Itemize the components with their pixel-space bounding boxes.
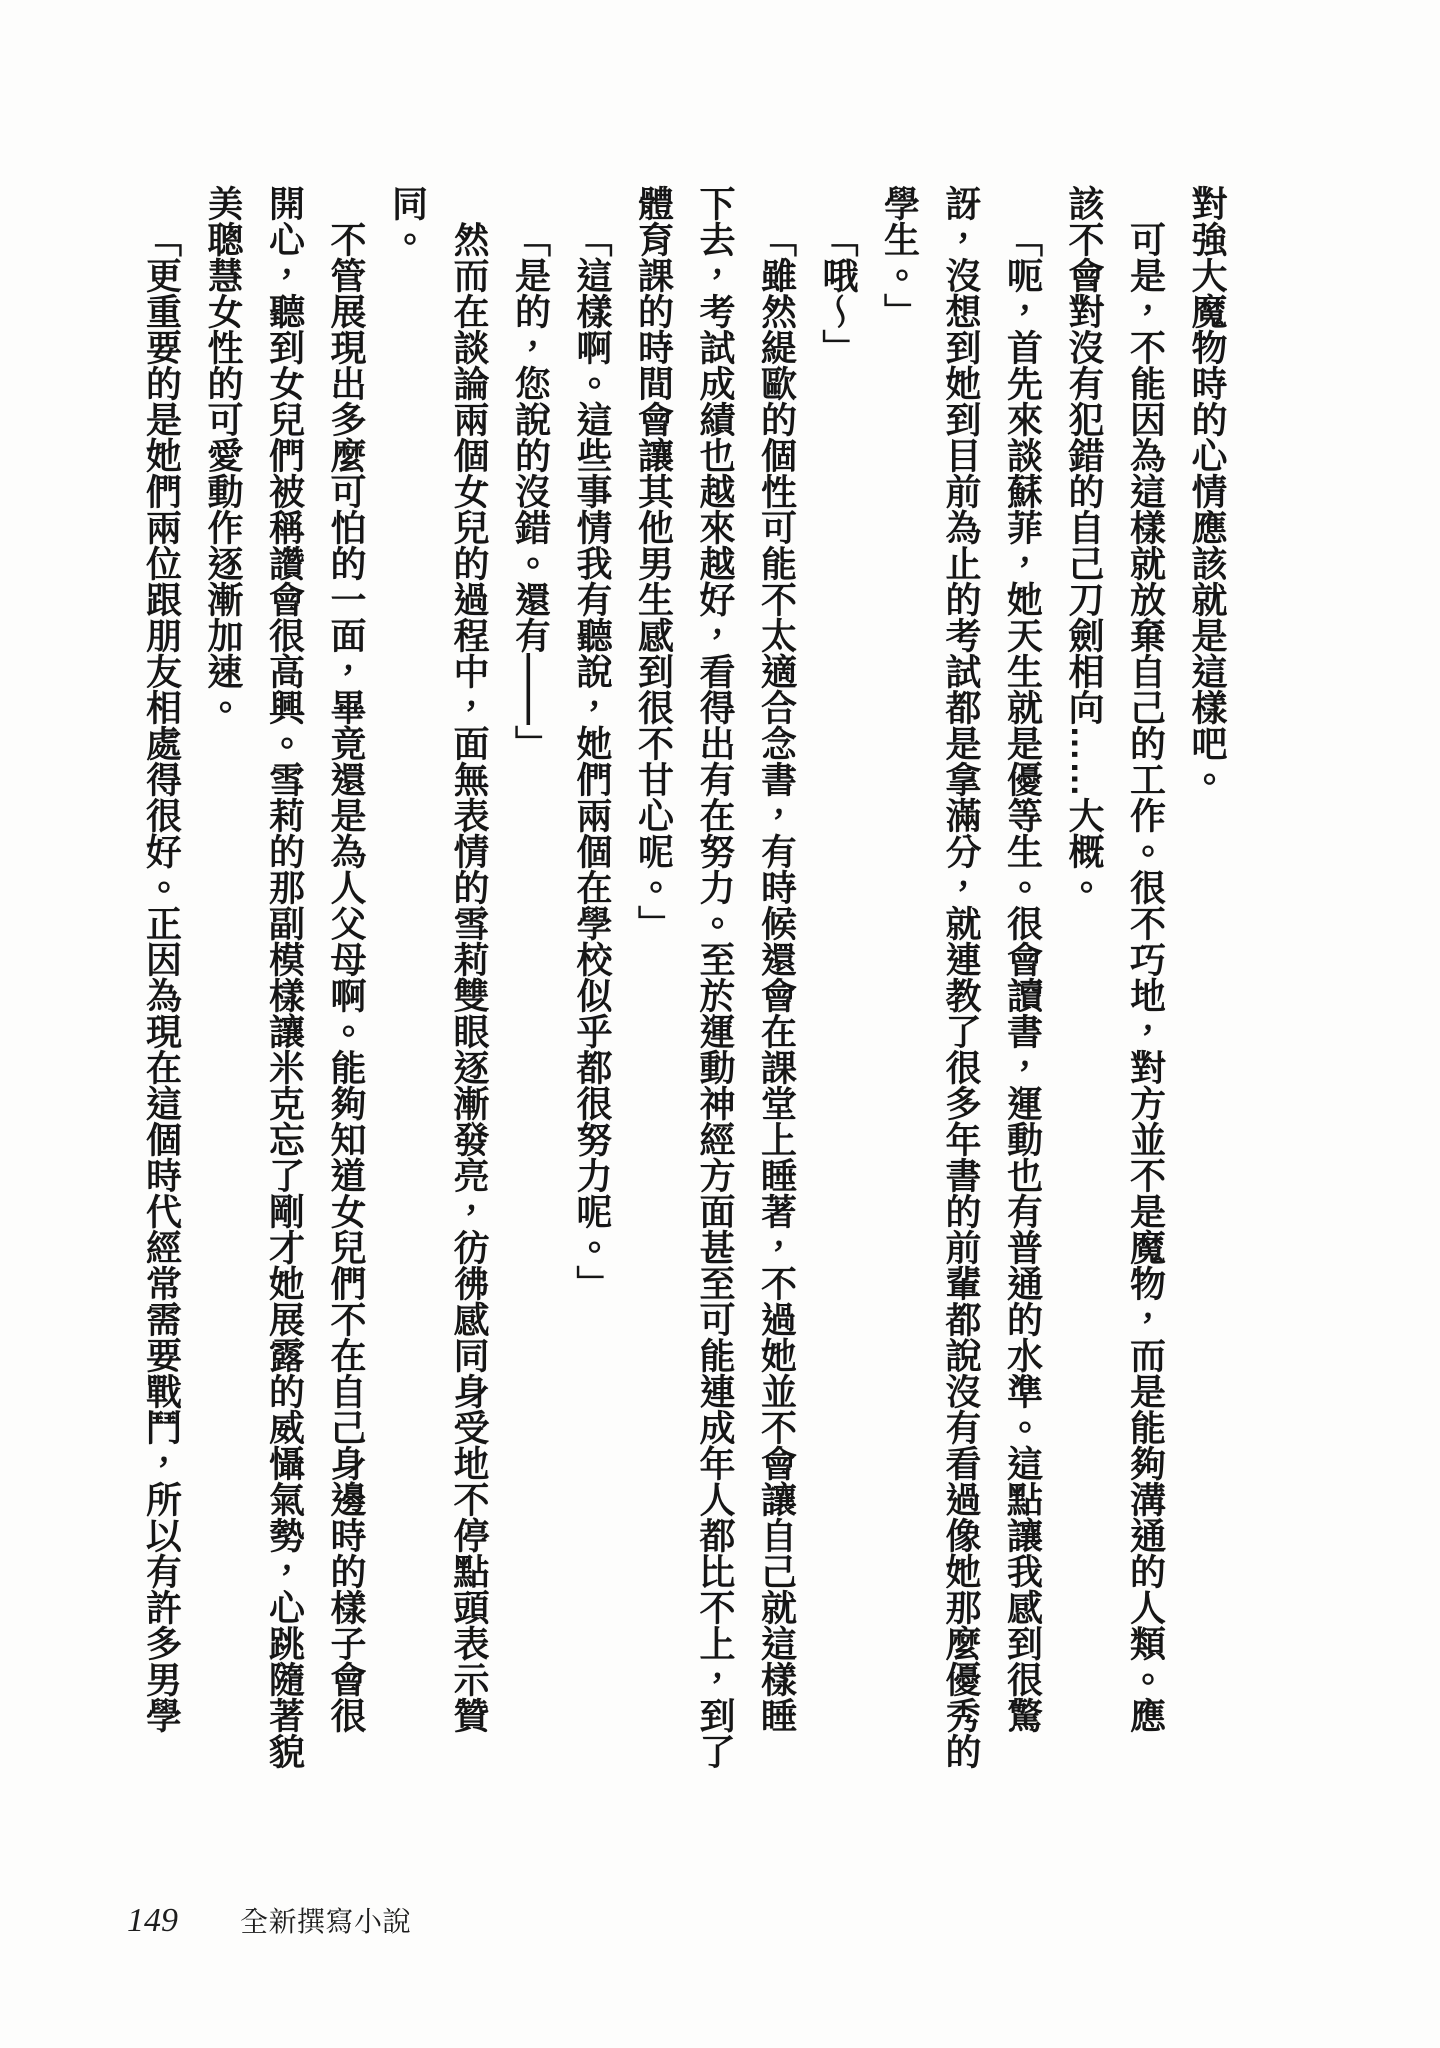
text-column-18: 「更重要的是她們兩位跟朋友相處得很好。正因為現在這個時代經常需要戰鬥，所以有許多… bbox=[131, 185, 193, 1777]
book-page: 對強大魔物時的心情應該就是這樣吧。可是，不能因為這樣就放棄自己的工作。很不巧地，… bbox=[0, 0, 1440, 2048]
text-column-10: 體育課的時間會讓其他男生感到很不甘心呢。」 bbox=[623, 185, 685, 1777]
text-column-1: 對強大魔物時的心情應該就是這樣吧。 bbox=[1177, 185, 1239, 1777]
text-column-17: 美聰慧女性的可愛動作逐漸加速。 bbox=[193, 185, 255, 1777]
page-number: 149 bbox=[127, 1902, 178, 1940]
text-column-3: 該不會對沒有犯錯的自己刀劍相向……大概。 bbox=[1054, 185, 1116, 1777]
text-column-16: 開心，聽到女兒們被稱讚會很高興。雪莉的那副模樣讓米克忘了剛才她展露的威懾氣勢，心… bbox=[254, 185, 316, 1777]
text-column-4: 「呃，首先來談蘇菲，她天生就是優等生。很會讀書，運動也有普通的水準。這點讓我感到… bbox=[992, 185, 1054, 1777]
text-column-13: 然而在談論兩個女兒的過程中，面無表情的雪莉雙眼逐漸發亮，彷彿感同身受地不停點頭表… bbox=[439, 185, 501, 1777]
text-column-8: 「雖然緹歐的個性可能不太適合念書，有時候還會在課堂上睡著，不過她並不會讓自己就這… bbox=[746, 185, 808, 1777]
text-column-2: 可是，不能因為這樣就放棄自己的工作。很不巧地，對方並不是魔物，而是能夠溝通的人類… bbox=[1115, 185, 1177, 1777]
running-title: 全新撰寫小說 bbox=[240, 1900, 411, 1940]
text-column-6: 學生。」 bbox=[869, 185, 931, 1777]
text-column-14: 同。 bbox=[377, 185, 439, 1777]
text-column-9: 下去，考試成績也越來越好，看得出有在努力。至於運動神經方面甚至可能連成年人都比不… bbox=[685, 185, 747, 1777]
text-column-11: 「這樣啊。這些事情我有聽說，她們兩個在學校似乎都很努力呢。」 bbox=[562, 185, 624, 1777]
text-column-15: 不管展現出多麼可怕的一面，畢竟還是為人父母啊。能夠知道女兒們不在自己身邊時的樣子… bbox=[316, 185, 378, 1777]
text-column-7: 「哦～」 bbox=[808, 185, 870, 1777]
vertical-text-block: 對強大魔物時的心情應該就是這樣吧。可是，不能因為這樣就放棄自己的工作。很不巧地，… bbox=[131, 185, 1238, 1777]
page-footer: 149 全新撰寫小說 bbox=[127, 1900, 411, 1940]
text-column-5: 訝，沒想到她到目前為止的考試都是拿滿分，就連教了很多年書的前輩都說沒有看過像她那… bbox=[931, 185, 993, 1777]
text-column-12: 「是的，您說的沒錯。還有——」 bbox=[500, 185, 562, 1777]
